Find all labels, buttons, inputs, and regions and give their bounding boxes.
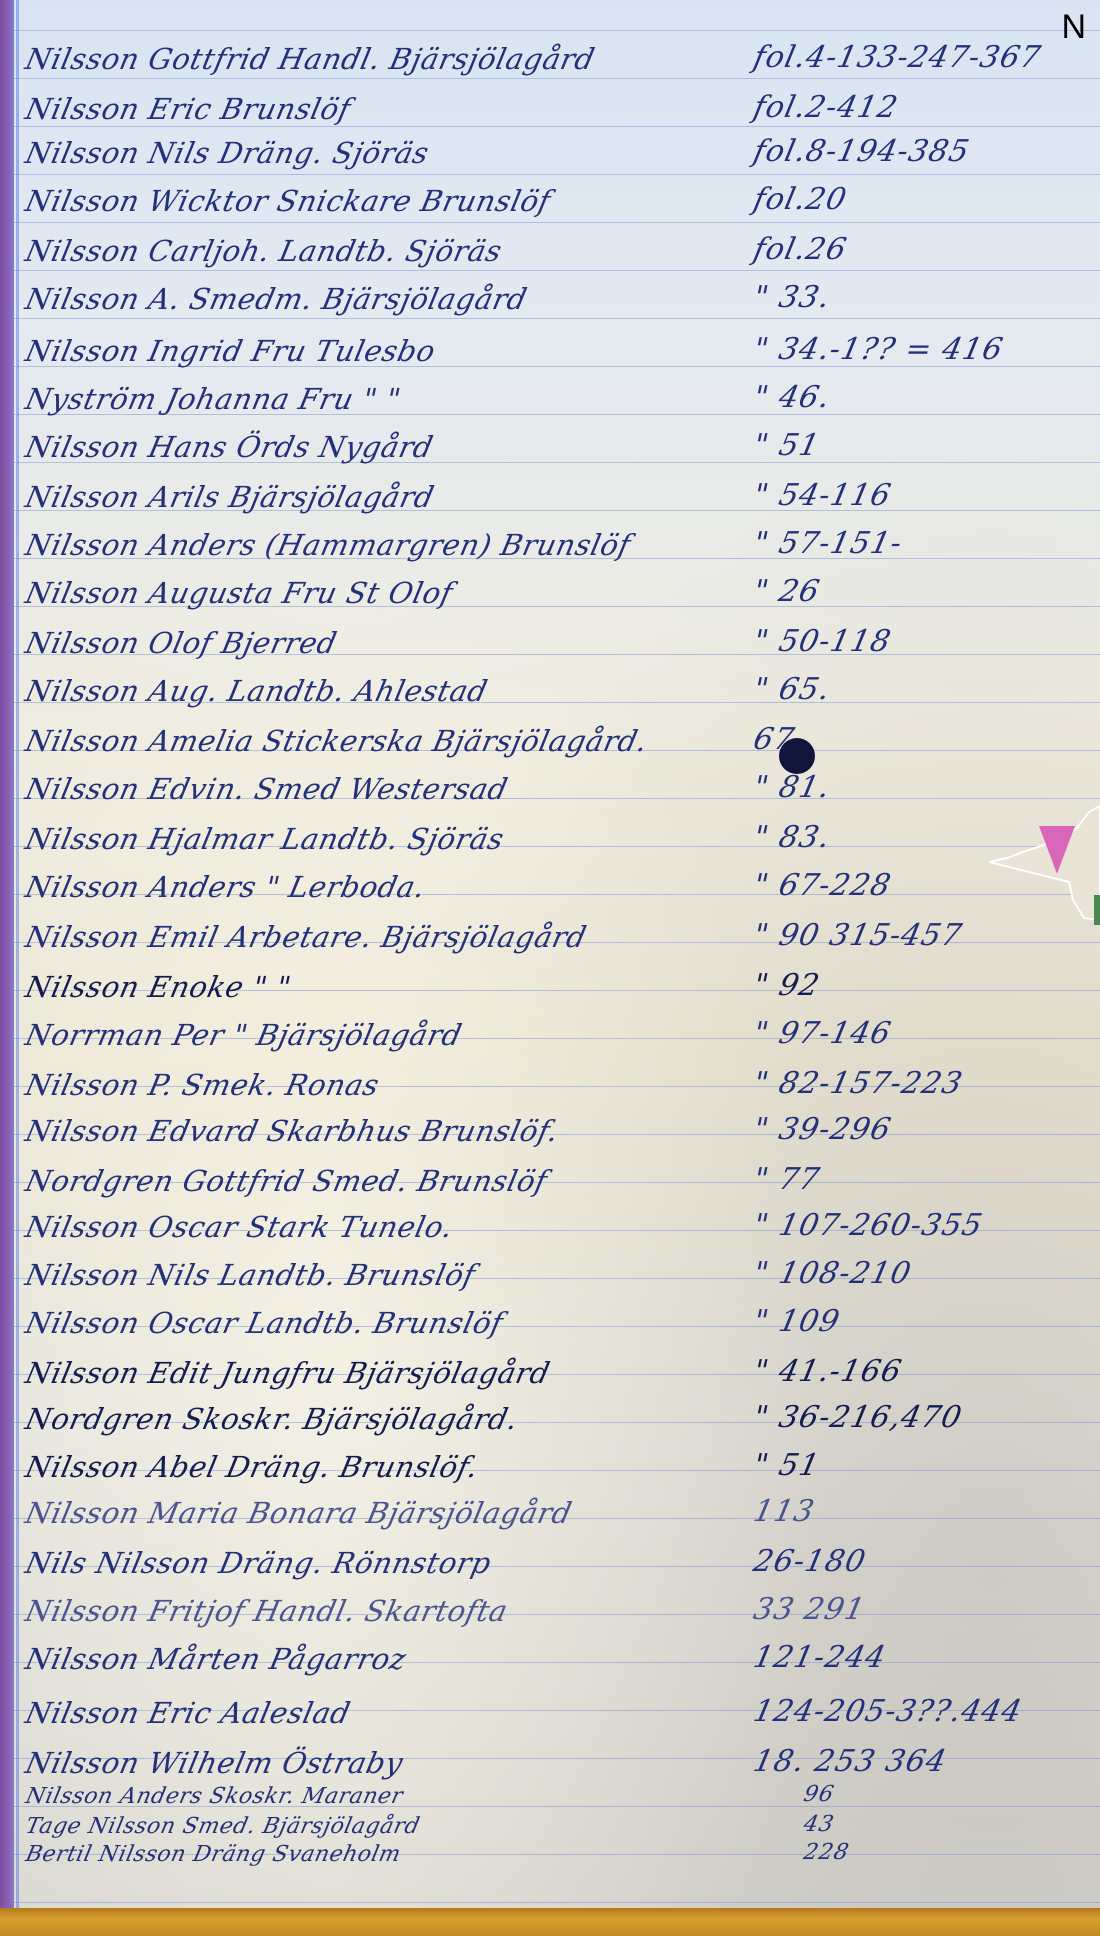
entry-name: Nilsson Edvard Skarbhus Brunslöf. bbox=[22, 1114, 562, 1148]
entry-folio-reference: " 33. bbox=[750, 280, 833, 315]
entry-folio-reference: " 67-228 bbox=[750, 868, 894, 903]
ledger-entry: Nilsson Anders " Lerboda." 67-228 bbox=[14, 866, 1100, 914]
entry-folio-reference: fol.26 bbox=[750, 232, 850, 267]
entry-name: Nilsson Ingrid Fru Tulesbo bbox=[22, 334, 438, 368]
entry-folio-reference: " 81. bbox=[750, 770, 833, 805]
entry-name: Nilsson Amelia Stickerska Bjärsjölagård. bbox=[22, 724, 650, 758]
ledger-entry: Nilsson Enoke " "" 92 bbox=[14, 966, 1100, 1014]
entry-folio-reference: " 57-151- bbox=[750, 526, 905, 561]
ledger-entry: Nilsson Emil Arbetare. Bjärsjölagård" 90… bbox=[14, 916, 1100, 964]
ledger-entry: Nilsson Fritjof Handl. Skartofta33 291 bbox=[14, 1590, 1100, 1638]
ledger-entry: Nilsson P. Smek. Ronas" 82-157-223 bbox=[14, 1064, 1100, 1112]
entry-name: Nils Nilsson Dräng. Rönnstorp bbox=[22, 1546, 494, 1580]
entry-folio-reference: 43 bbox=[801, 1812, 836, 1837]
entry-folio-reference: fol.8-194-385 bbox=[750, 134, 973, 169]
entry-name: Norrman Per " Bjärsjölagård bbox=[22, 1018, 465, 1052]
entry-name: Nilsson A. Smedm. Bjärsjölagård bbox=[22, 282, 530, 316]
entry-folio-reference: fol.4-133-247-367 bbox=[750, 40, 1044, 75]
entry-folio-reference: fol.2-412 bbox=[750, 90, 901, 125]
entry-folio-reference: " 65. bbox=[750, 672, 833, 707]
ledger-entry: Nilsson Amelia Stickerska Bjärsjölagård.… bbox=[14, 720, 1100, 768]
ledger-entry: Nyström Johanna Fru " "" 46. bbox=[14, 378, 1100, 426]
entry-name: Nilsson Nils Landtb. Brunslöf bbox=[22, 1258, 478, 1292]
entry-name: Nilsson Oscar Stark Tunelo. bbox=[22, 1210, 456, 1244]
entry-folio-reference: " 82-157-223 bbox=[750, 1066, 966, 1101]
entry-name: Nilsson Anders " Lerboda. bbox=[22, 870, 428, 904]
entry-name: Nilsson Anders (Hammargren) Brunslöf bbox=[22, 528, 633, 562]
entry-folio-reference: " 90 315-457 bbox=[750, 918, 965, 953]
entry-name: Nilsson Carljoh. Landtb. Sjöräs bbox=[22, 234, 505, 268]
ledger-entry: Nordgren Gottfrid Smed. Brunslöf" 77 bbox=[14, 1160, 1100, 1208]
entry-folio-reference: fol.20 bbox=[750, 182, 850, 217]
ledger-entry: Nilsson Oscar Landtb. Brunslöf" 109 bbox=[14, 1302, 1100, 1350]
entry-folio-reference: " 41.-166 bbox=[750, 1354, 905, 1389]
entry-name: Nilsson Augusta Fru St Olof bbox=[22, 576, 456, 610]
entry-folio-reference: " 51 bbox=[750, 1448, 823, 1483]
ledger-entry: Nilsson Eric Aaleslad124-205-3??.444 bbox=[14, 1692, 1100, 1740]
entry-name: Nilsson Mårten Pågarroz bbox=[22, 1642, 409, 1676]
entry-folio-reference: " 26 bbox=[750, 574, 823, 609]
entry-folio-reference: 96 bbox=[801, 1782, 836, 1807]
entry-folio-reference: " 36-216,470 bbox=[750, 1400, 965, 1435]
entry-folio-reference: " 51 bbox=[750, 428, 823, 463]
entry-folio-reference: 26-180 bbox=[750, 1544, 869, 1579]
ledger-page: N Nilsson Gottfrid Handl. Bjärsjölagårdf… bbox=[14, 0, 1100, 1910]
entry-folio-reference: 113 bbox=[750, 1494, 818, 1529]
entry-folio-reference: " 83. bbox=[750, 820, 833, 855]
ledger-entry: Nilsson Edvin. Smed Westersad" 81. bbox=[14, 768, 1100, 816]
entry-name: Nilsson Olof Bjerred bbox=[22, 626, 340, 660]
entry-name: Nilsson Hans Örds Nygård bbox=[22, 430, 436, 464]
entry-folio-reference: 18. 253 364 bbox=[750, 1744, 950, 1779]
ledger-entry: Nilsson Carljoh. Landtb. Sjöräsfol.26 bbox=[14, 230, 1100, 278]
entry-folio-reference: " 107-260-355 bbox=[750, 1208, 986, 1243]
entry-name: Nilsson Enoke " " bbox=[22, 970, 294, 1004]
ruled-line bbox=[14, 30, 1100, 31]
ledger-entry: Nilsson Anders (Hammargren) Brunslöf" 57… bbox=[14, 524, 1100, 572]
ledger-entry: Bertil Nilsson Dräng Svaneholm228 bbox=[14, 1838, 1100, 1886]
entry-folio-reference: " 46. bbox=[750, 380, 833, 415]
entry-name: Nilsson Nils Dräng. Sjöräs bbox=[22, 136, 432, 170]
ledger-entry: Nils Nilsson Dräng. Rönnstorp26-180 bbox=[14, 1542, 1100, 1590]
ledger-entry: Nilsson Oscar Stark Tunelo." 107-260-355 bbox=[14, 1206, 1100, 1254]
ledger-entry: Nordgren Skoskr. Bjärsjölagård." 36-216,… bbox=[14, 1398, 1100, 1446]
ledger-entry: Nilsson Edit Jungfru Bjärsjölagård" 41.-… bbox=[14, 1352, 1100, 1400]
entry-folio-reference: " 54-116 bbox=[750, 478, 894, 513]
ledger-entry: Nilsson Arils Bjärsjölagård" 54-116 bbox=[14, 476, 1100, 524]
ledger-entry: Nilsson Eric Brunslöffol.2-412 bbox=[14, 88, 1100, 136]
ledger-entry: Nilsson Nils Landtb. Brunslöf" 108-210 bbox=[14, 1254, 1100, 1302]
entry-folio-reference: " 92 bbox=[750, 968, 823, 1003]
ledger-entry: Norrman Per " Bjärsjölagård" 97-146 bbox=[14, 1014, 1100, 1062]
ledger-entry: Nilsson Mårten Pågarroz121-244 bbox=[14, 1638, 1100, 1686]
entry-name: Nyström Johanna Fru " " bbox=[22, 382, 404, 416]
entry-name: Nilsson Arils Bjärsjölagård bbox=[22, 480, 437, 514]
entry-name: Nilsson Edit Jungfru Bjärsjölagård bbox=[22, 1356, 553, 1390]
entry-folio-reference: " 108-210 bbox=[750, 1256, 914, 1291]
entry-name: Nilsson Aug. Landtb. Ahlestad bbox=[22, 674, 490, 708]
ledger-entry: Nilsson A. Smedm. Bjärsjölagård" 33. bbox=[14, 278, 1100, 326]
ink-blot bbox=[779, 738, 815, 774]
entry-folio-reference: " 50-118 bbox=[750, 624, 894, 659]
entry-folio-reference: " 34.-1?? = 416 bbox=[750, 332, 1006, 367]
entry-name: Nilsson Maria Bonara Bjärsjölagård bbox=[22, 1496, 575, 1530]
entry-name: Bertil Nilsson Dräng Svaneholm bbox=[23, 1842, 403, 1867]
green-index-tab bbox=[1094, 895, 1100, 925]
entry-name: Nilsson Edvin. Smed Westersad bbox=[22, 772, 510, 806]
entry-name: Nordgren Gottfrid Smed. Brunslöf bbox=[22, 1164, 550, 1198]
entry-name: Nilsson Eric Brunslöf bbox=[22, 92, 353, 126]
entry-name: Nilsson Fritjof Handl. Skartofta bbox=[22, 1594, 511, 1628]
ledger-entry: Nilsson Ingrid Fru Tulesbo" 34.-1?? = 41… bbox=[14, 330, 1100, 378]
entry-name: Nilsson Abel Dräng. Brunslöf. bbox=[22, 1450, 481, 1484]
ruled-line bbox=[14, 1902, 1100, 1903]
entry-folio-reference: 124-205-3??.444 bbox=[750, 1694, 1025, 1729]
entry-folio-reference: 228 bbox=[801, 1840, 851, 1865]
ledger-entry: Nilsson Augusta Fru St Olof" 26 bbox=[14, 572, 1100, 620]
ledger-entry: Nilsson Hjalmar Landtb. Sjöräs" 83. bbox=[14, 818, 1100, 866]
ledger-entry: Nilsson Olof Bjerred" 50-118 bbox=[14, 622, 1100, 670]
ledger-entry: Nilsson Edvard Skarbhus Brunslöf." 39-29… bbox=[14, 1110, 1100, 1158]
entry-folio-reference: 121-244 bbox=[750, 1640, 889, 1675]
entry-name: Nilsson Emil Arbetare. Bjärsjölagård bbox=[22, 920, 589, 954]
entry-name: Nilsson Wicktor Snickare Brunslöf bbox=[22, 184, 553, 218]
entry-name: Nordgren Skoskr. Bjärsjölagård. bbox=[22, 1402, 521, 1436]
entry-name: Nilsson Wilhelm Östraby bbox=[22, 1746, 406, 1780]
entry-name: Tage Nilsson Smed. Bjärsjölagård bbox=[23, 1814, 422, 1839]
entry-name: Nilsson Hjalmar Landtb. Sjöräs bbox=[22, 822, 507, 856]
ledger-entry: Nilsson Maria Bonara Bjärsjölagård113 bbox=[14, 1492, 1100, 1540]
entry-name: Nilsson Eric Aaleslad bbox=[22, 1696, 353, 1730]
ledger-entry: Nilsson Hans Örds Nygård" 51 bbox=[14, 426, 1100, 474]
entry-name: Nilsson Anders Skoskr. Maraner bbox=[23, 1784, 405, 1809]
entry-folio-reference: " 97-146 bbox=[750, 1016, 894, 1051]
entry-name: Nilsson Oscar Landtb. Brunslöf bbox=[22, 1306, 506, 1340]
ledger-entry: Nilsson Nils Dräng. Sjöräsfol.8-194-385 bbox=[14, 132, 1100, 180]
entry-folio-reference: " 77 bbox=[750, 1162, 823, 1197]
pink-index-tab bbox=[1039, 826, 1075, 874]
ledger-entry: Nilsson Aug. Landtb. Ahlestad" 65. bbox=[14, 670, 1100, 718]
entry-name: Nilsson Gottfrid Handl. Bjärsjölagård bbox=[22, 42, 598, 76]
entry-folio-reference: 33 291 bbox=[750, 1592, 868, 1627]
entry-folio-reference: " 109 bbox=[750, 1304, 843, 1339]
ledger-entry: Nilsson Wicktor Snickare Brunslöffol.20 bbox=[14, 180, 1100, 228]
wooden-surface bbox=[0, 1908, 1100, 1936]
ledger-entry: Nilsson Gottfrid Handl. Bjärsjölagårdfol… bbox=[14, 38, 1100, 86]
entry-folio-reference: " 39-296 bbox=[750, 1112, 894, 1147]
ledger-entry: Nilsson Abel Dräng. Brunslöf." 51 bbox=[14, 1446, 1100, 1494]
entry-name: Nilsson P. Smek. Ronas bbox=[22, 1068, 382, 1102]
